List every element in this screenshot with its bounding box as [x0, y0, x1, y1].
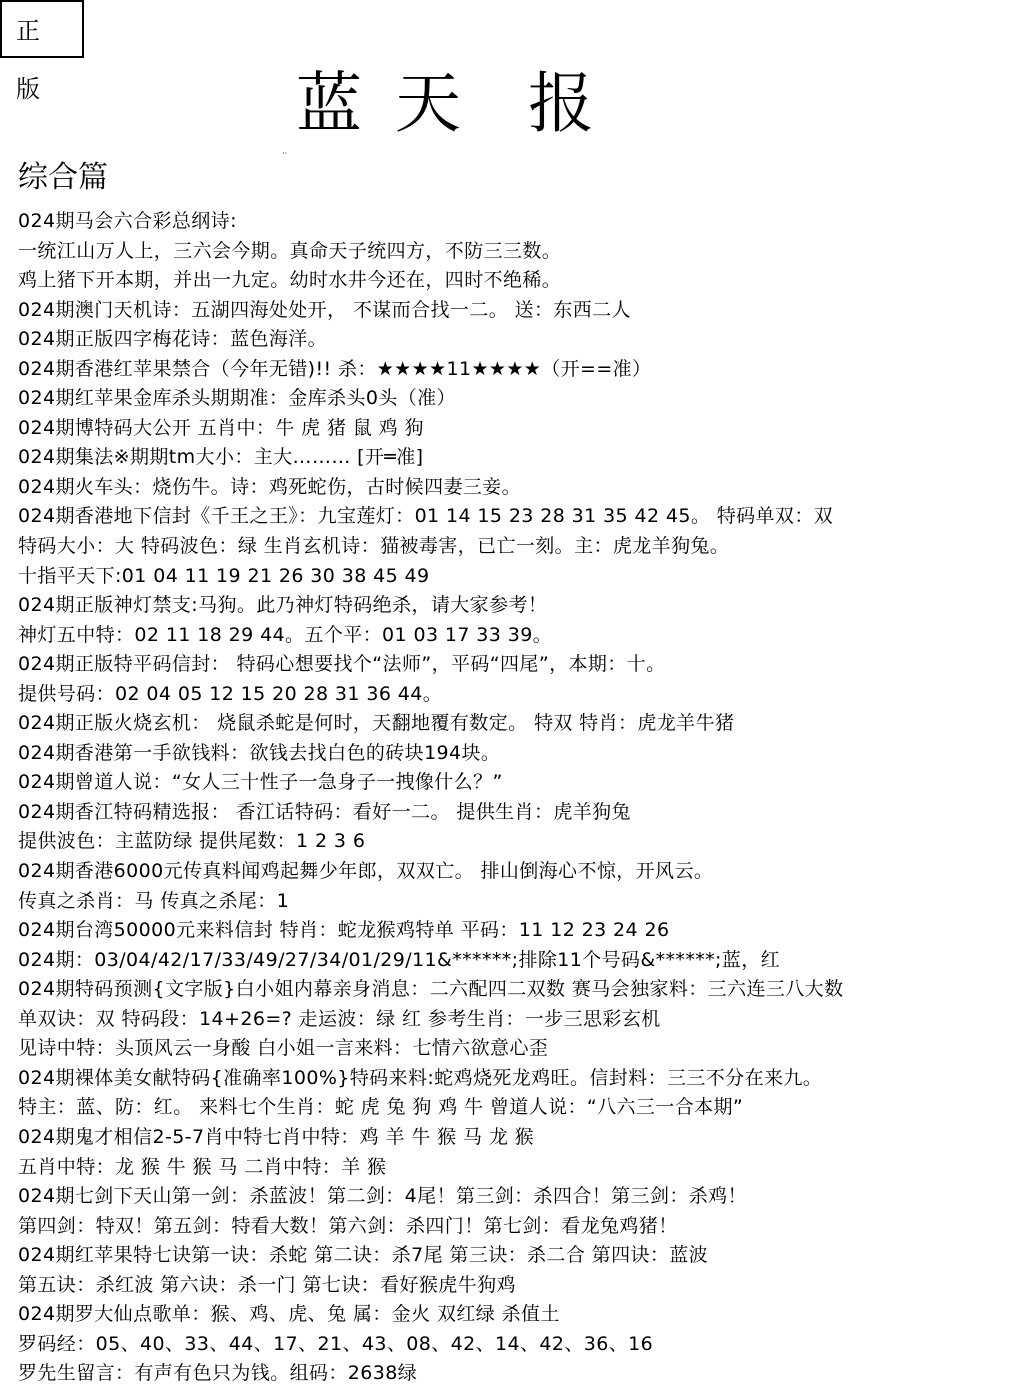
text-line: 见诗中特：头顶风云一身酸 白小姐一言来料：七情六欲意心歪: [18, 1034, 1018, 1064]
text-line: 第五诀：杀红波 第六诀：杀一门 第七诀：看好猴虎牛狗鸡: [18, 1271, 1018, 1301]
text-line: 024期马会六合彩总纲诗:: [18, 207, 1018, 237]
text-line: 鸡上猪下开本期，并出一九定。幼时水井今还在，四时不绝稀。: [18, 266, 1018, 296]
title-char-3: 报: [528, 66, 594, 142]
text-line: 神灯五中特：02 11 18 29 44。五个平：01 03 17 33 39。: [18, 621, 1018, 651]
text-line: 024期火车头：烧伤牛。诗：鸡死蛇伤，古时候四妻三妾。: [18, 473, 1018, 503]
text-line: 特码大小：大 特码波色：绿 生肖玄机诗：猫被毒害，已亡一刻。主：虎龙羊狗兔。: [18, 532, 1018, 562]
text-line: 第四剑：特双！第五剑：特看大数！第六剑：杀四门！第七剑：看龙兔鸡猪！: [18, 1212, 1018, 1242]
text-line: 提供波色：主蓝防绿 提供尾数：1 2 3 6: [18, 827, 1018, 857]
text-line: 024期罗大仙点歌单：猴、鸡、虎、兔 属：金火 双红绿 杀值土: [18, 1300, 1018, 1330]
decor-dots: ··: [282, 150, 287, 158]
text-line: 024期曾道人说：“女人三十性子一急身子一拽像什么？”: [18, 768, 1018, 798]
text-line: 单双诀：双 特码段：14+26=? 走运波：绿 红 参考生肖：一步三思彩玄机: [18, 1005, 1018, 1035]
text-line: 罗先生留言：有声有色只为钱。组码：2638绿: [18, 1359, 1018, 1388]
text-line: 024期正版四字梅花诗：蓝色海洋。: [18, 325, 1018, 355]
text-line: 一统江山万人上，三六会今期。真命天子统四方，不防三三数。: [18, 237, 1018, 267]
text-line: 024期香港地下信封《千王之王》：九宝莲灯：01 14 15 23 28 31 …: [18, 502, 1018, 532]
section-title: 综合篇: [18, 158, 108, 198]
text-line: 五肖中特：龙 猴 牛 猴 马 二肖中特：羊 猴: [18, 1153, 1018, 1183]
text-line: 024期裸体美女献特码{准确率100%}特码来料:蛇鸡烧死龙鸡旺。信封料：三三不…: [18, 1064, 1018, 1094]
text-line: 024期特码预测{文字版}白小姐内幕亲身消息：二六配四二双数 赛马会独家料：三六…: [18, 975, 1018, 1005]
title-char-2: 天: [395, 66, 461, 142]
text-line: 024期鬼才相信2-5-7肖中特七肖中特：鸡 羊 牛 猴 马 龙 猴: [18, 1123, 1018, 1153]
text-line: 罗码经：05、40、33、44、17、21、43、08、42、14、42、36、…: [18, 1330, 1018, 1360]
title-char-1: 蓝: [296, 66, 362, 142]
edition-badge-label: 正 版: [16, 17, 48, 103]
text-line: 024期正版特平码信封： 特码心想要找个“法师”，平码“四尾”，本期：十。: [18, 650, 1018, 680]
text-line: 024期博特码大公开 五肖中：牛 虎 猪 鼠 鸡 狗: [18, 414, 1018, 444]
text-line: 024期台湾50000元来料信封 特肖：蛇龙猴鸡特单 平码：11 12 23 2…: [18, 916, 1018, 946]
text-line: 024期：03/04/42/17/33/49/27/34/01/29/11&**…: [18, 946, 1018, 976]
text-line: 提供号码：02 04 05 12 15 20 28 31 36 44。: [18, 680, 1018, 710]
text-line: 传真之杀肖：马 传真之杀尾：1: [18, 887, 1018, 917]
text-line: 024期香港红苹果禁合（今年无错)!! 杀：★★★★11★★★★（开==准）: [18, 355, 1018, 385]
text-line: 024期香港6000元传真料闻鸡起舞少年郎，双双亡。 排山倒海心不惊，开风云。: [18, 857, 1018, 887]
text-line: 024期香港第一手欲钱料：欲钱去找白色的砖块194块。: [18, 739, 1018, 769]
text-line: 024期红苹果金库杀头期期准：金库杀头0头（准）: [18, 384, 1018, 414]
content-lines: 024期马会六合彩总纲诗: 一统江山万人上，三六会今期。真命天子统四方，不防三三…: [18, 207, 1018, 1388]
text-line: 024期正版火烧玄机： 烧鼠杀蛇是何时，天翻地覆有数定。 特双 特肖：虎龙羊牛猪: [18, 709, 1018, 739]
text-line: 024期澳门天机诗：五湖四海处处开， 不谋而合找一二。 送：东西二人: [18, 296, 1018, 326]
text-line: 024期七剑下天山第一剑：杀蓝波！第二剑：4尾！第三剑：杀四合！第三剑：杀鸡！: [18, 1182, 1018, 1212]
edition-badge: 正 版: [0, 0, 84, 58]
text-line: 024期集法※期期tm大小：主大……… [开═准]: [18, 443, 1018, 473]
text-line: 特主：蓝、防：红。 来料七个生肖：蛇 虎 兔 狗 鸡 牛 曾道人说：“八六三一合…: [18, 1093, 1018, 1123]
text-line: 024期正版神灯禁支:马狗。此乃神灯特码绝杀，请大家参考！: [18, 591, 1018, 621]
text-line: 024期红苹果特七诀第一诀：杀蛇 第二诀：杀7尾 第三诀：杀二合 第四诀：蓝波: [18, 1241, 1018, 1271]
text-line: 024期香江特码精选报： 香江话特码：看好一二。 提供生肖：虎羊狗兔: [18, 798, 1018, 828]
text-line: 十指平天下:01 04 11 19 21 26 30 38 45 49: [18, 562, 1018, 592]
